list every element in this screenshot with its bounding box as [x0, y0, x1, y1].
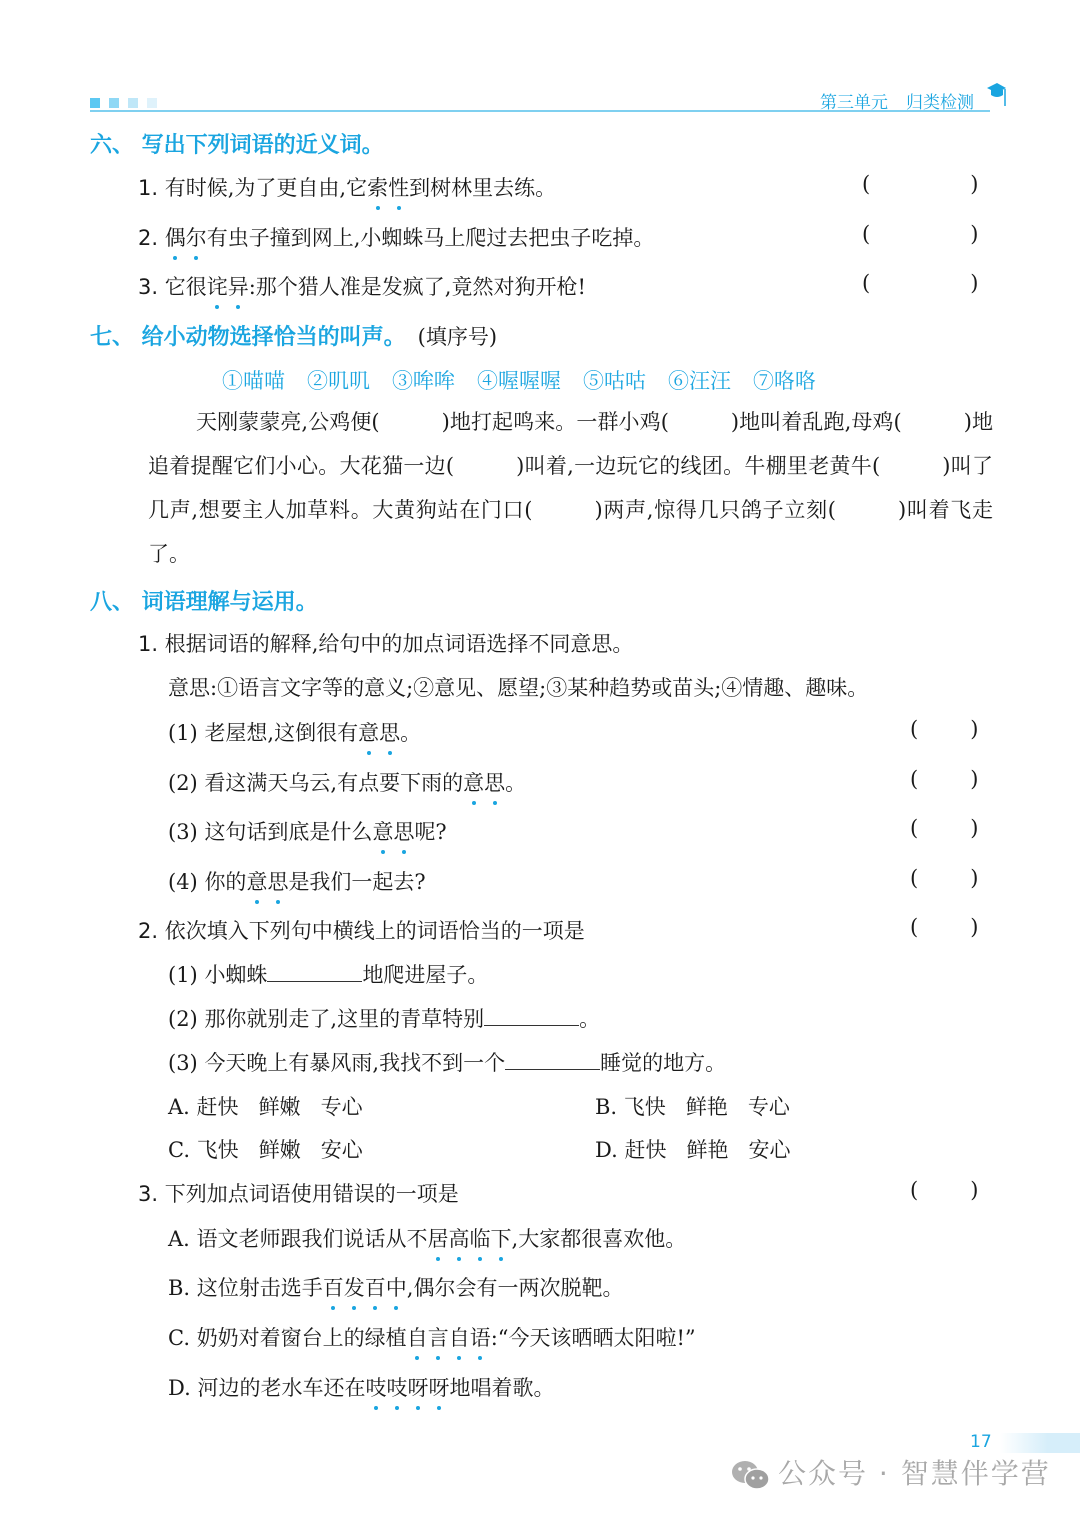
header-square-2	[109, 98, 119, 108]
answer-blank-q1-3[interactable]: ()	[910, 816, 978, 840]
answer-blank-6-2[interactable]: ()	[862, 222, 978, 246]
answer-blank-q1-2[interactable]: ()	[910, 767, 978, 791]
fill-line[interactable]	[484, 1007, 579, 1026]
section6-item-3: 3. 它很诧异:那个猎人准是发疯了,竟然对狗开枪!	[138, 271, 586, 301]
sound-options: ①喵喵②叽叽③哞哞④喔喔喔⑤咕咕⑥汪汪⑦咯咯	[222, 365, 838, 395]
q2-stem: 2. 依次填入下列句中横线上的词语恰当的一项是	[138, 915, 585, 945]
section6-title: 六、 写出下列词语的近义词。	[90, 128, 384, 159]
q2-choice-d[interactable]: D. 赶快 鲜艳 安心	[595, 1134, 791, 1164]
category-label: 归类检测	[906, 93, 974, 113]
watermark-text: 公众号 · 智慧伴学营	[778, 1457, 1051, 1490]
answer-blank-q3[interactable]: ()	[910, 1178, 978, 1202]
header-title: 第三单元归类检测	[820, 88, 974, 113]
q1-definition: 意思:①语言文字等的意义;②意见、愿望;③某种趋势或苗头;④情趣、趣味。	[168, 672, 868, 702]
section6-item-2: 2. 偶尔有虫子撞到网上,小蜘蛛马上爬过去把虫子吃掉。	[138, 222, 654, 252]
section7-title: 七、 给小动物选择恰当的叫声。(填序号)	[90, 320, 497, 351]
header-square-1	[90, 98, 100, 108]
option-5: ⑤咕咕	[583, 369, 646, 393]
q1-item-3: (3) 这句话到底是什么意思呢?	[168, 816, 447, 846]
q2-item-1: (1) 小蜘蛛地爬进屋子。	[168, 959, 488, 989]
section7-paragraph: 天刚蒙蒙亮,公鸡便()地打起鸣来。一群小鸡()地叫着乱跑,母鸡()地追着提醒它们…	[148, 400, 993, 576]
option-4: ④喔喔喔	[477, 369, 561, 393]
q3-choice-c[interactable]: C. 奶奶对着窗台上的绿植自言自语:“今天该晒晒太阳啦!”	[168, 1322, 696, 1352]
section7-note: (填序号)	[418, 325, 497, 349]
q1-stem: 1. 根据词语的解释,给句中的加点词语选择不同意思。	[138, 628, 633, 658]
watermark: 公众号 · 智慧伴学营	[730, 1452, 1051, 1492]
option-3: ③哞哞	[392, 369, 455, 393]
answer-blank-q1-1[interactable]: ()	[910, 717, 978, 741]
answer-blank-6-3[interactable]: ()	[862, 271, 978, 295]
q3-choice-b[interactable]: B. 这位射击选手百发百中,偶尔会有一两次脱靶。	[168, 1272, 623, 1302]
page-number-bar	[1000, 1433, 1080, 1453]
q1-item-2: (2) 看这满天乌云,有点要下雨的意思。	[168, 767, 526, 797]
q2-choice-c[interactable]: C. 飞快 鲜嫩 安心	[168, 1134, 363, 1164]
q1-item-4: (4) 你的意思是我们一起去?	[168, 866, 426, 896]
page-number: 17	[970, 1432, 992, 1452]
option-1: ①喵喵	[222, 369, 285, 393]
option-6: ⑥汪汪	[668, 369, 731, 393]
dotted-word: 偶尔	[165, 226, 207, 250]
header-square-4	[147, 98, 157, 108]
section8-title: 八、 词语理解与运用。	[90, 585, 318, 616]
fill-line[interactable]	[505, 1051, 600, 1070]
q2-choice-a[interactable]: A. 赶快 鲜嫩 专心	[168, 1091, 363, 1121]
fill-line[interactable]	[267, 963, 362, 982]
wechat-icon	[730, 1459, 772, 1491]
option-7: ⑦咯咯	[753, 369, 816, 393]
section6-item-1: 1. 有时候,为了更自由,它索性到树林里去练。	[138, 172, 556, 202]
q3-stem: 3. 下列加点词语使用错误的一项是	[138, 1178, 459, 1208]
q2-item-3: (3) 今天晚上有暴风雨,我找不到一个睡觉的地方。	[168, 1047, 726, 1077]
answer-blank-q1-4[interactable]: ()	[910, 866, 978, 890]
header-square-3	[128, 98, 138, 108]
q3-choice-d[interactable]: D. 河边的老水车还在吱吱呀呀地唱着歌。	[168, 1372, 554, 1402]
graduation-cap-icon	[985, 80, 1007, 110]
unit-label: 第三单元	[820, 93, 888, 113]
dotted-word: 索性	[367, 176, 409, 200]
answer-blank-q2[interactable]: ()	[910, 915, 978, 939]
q2-item-2: (2) 那你就别走了,这里的青草特别。	[168, 1003, 600, 1033]
dotted-word: 诧异	[207, 275, 249, 299]
q3-choice-a[interactable]: A. 语文老师跟我们说话从不居高临下,大家都很喜欢他。	[168, 1223, 686, 1253]
q2-choice-b[interactable]: B. 飞快 鲜艳 专心	[595, 1091, 790, 1121]
option-2: ②叽叽	[307, 369, 370, 393]
answer-blank-6-1[interactable]: ()	[862, 172, 978, 196]
q1-item-1: (1) 老屋想,这倒很有意思。	[168, 717, 421, 747]
